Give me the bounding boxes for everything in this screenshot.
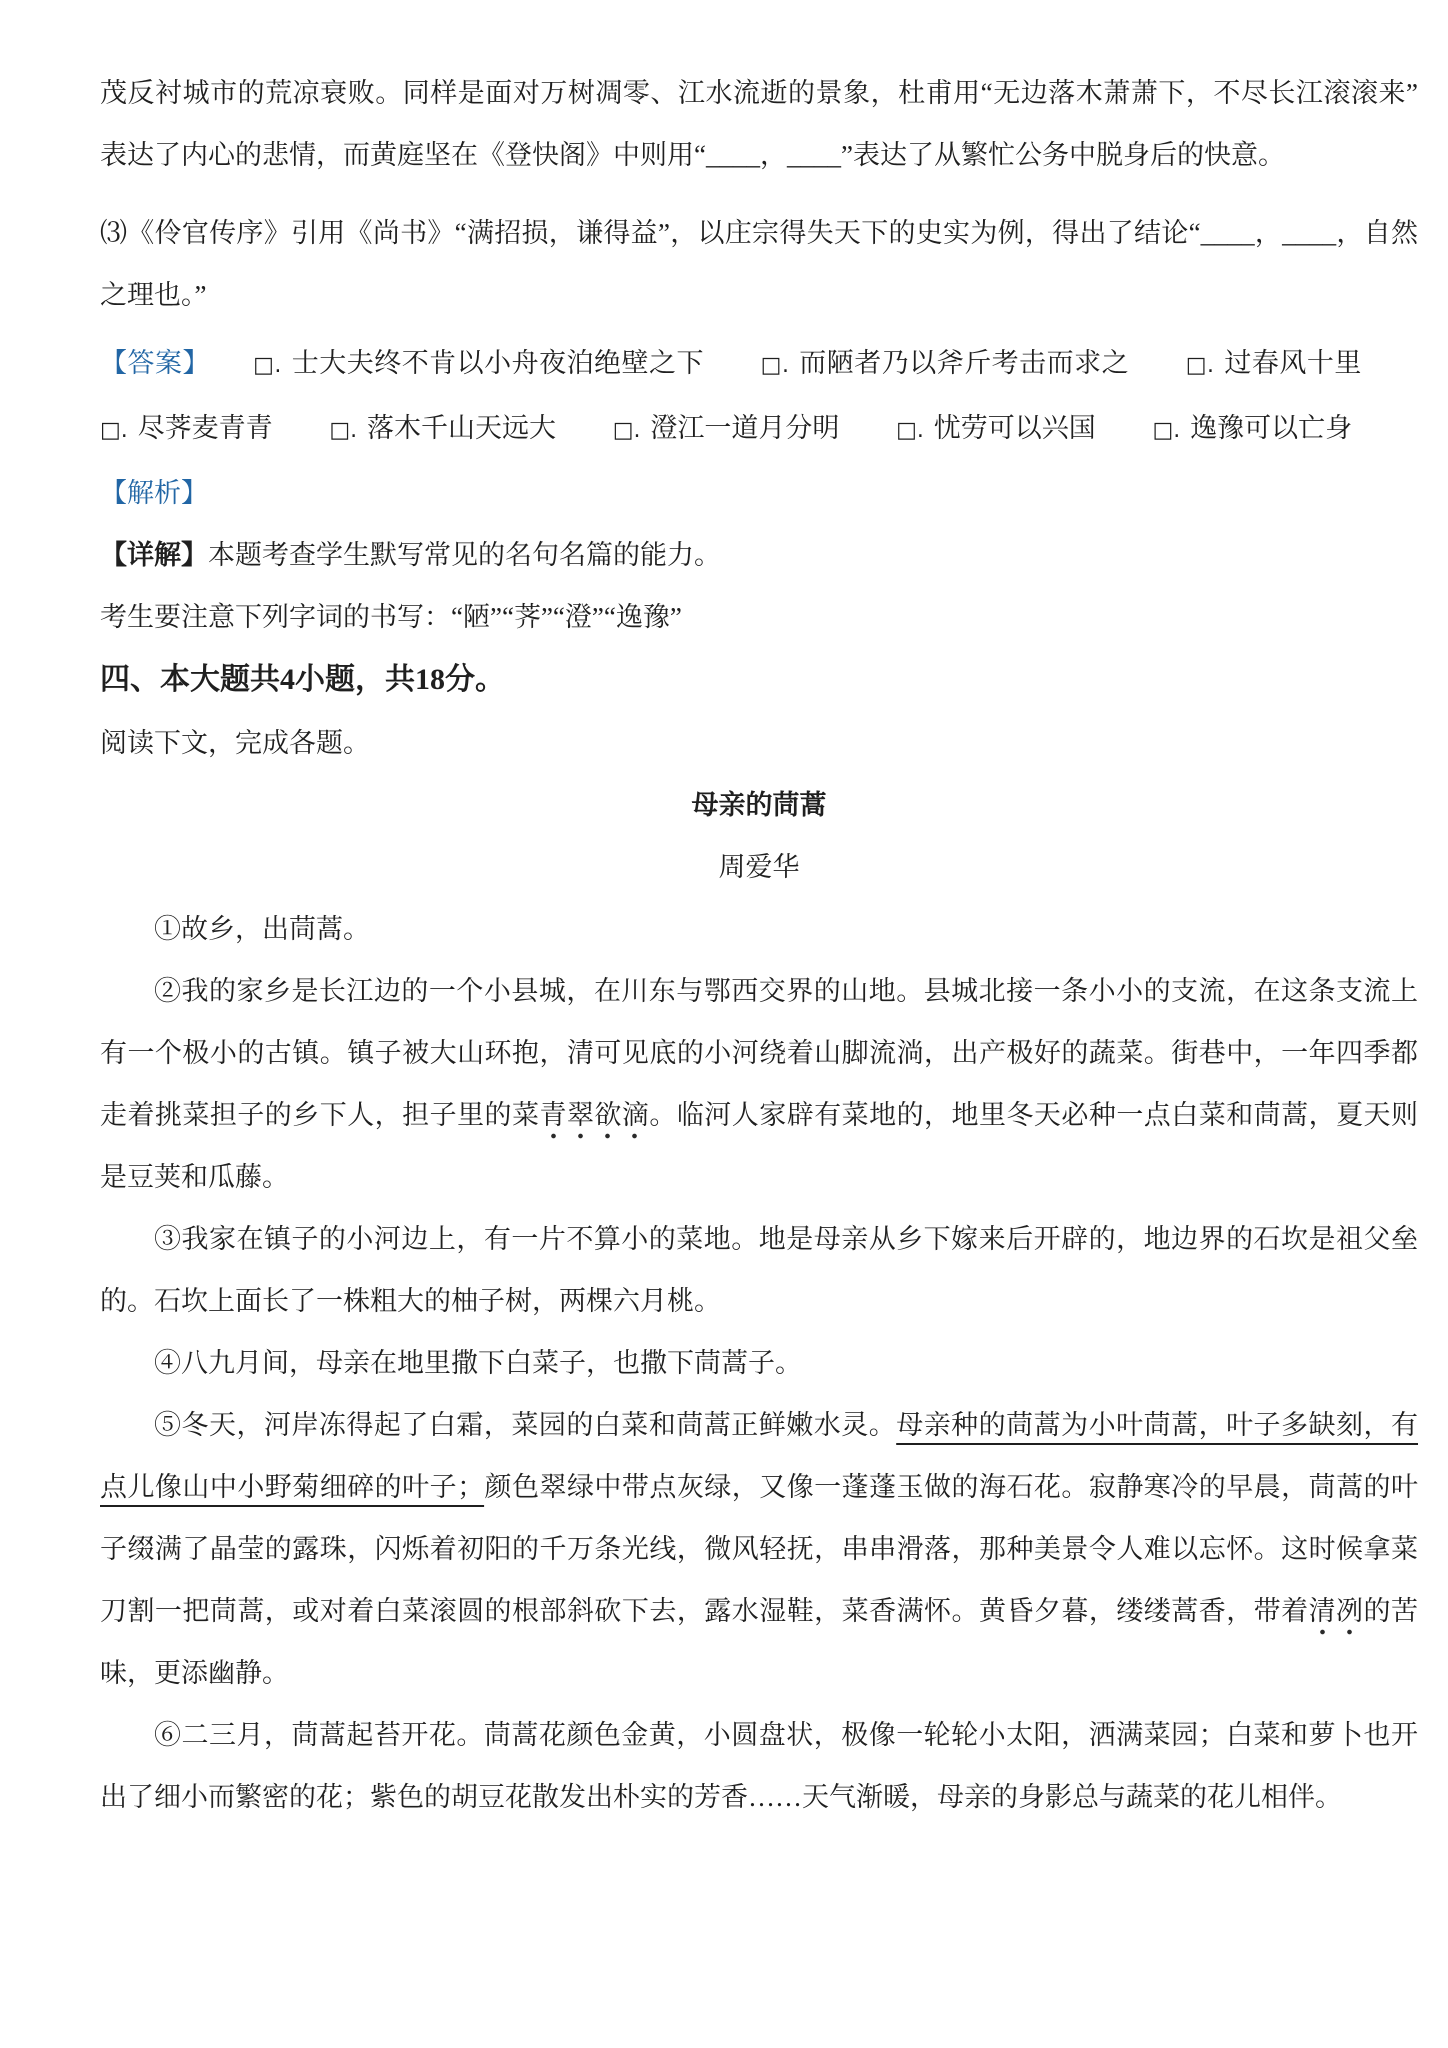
essay-paragraph-4: ④八九月间，母亲在地里撒下白菜子，也撒下茼蒿子。: [100, 1332, 1418, 1394]
analysis-label-row: 【解析】: [100, 462, 1418, 524]
missing-glyph-box-icon: □.: [329, 418, 357, 443]
essay-paragraph-2: ②我的家乡是长江边的一个小县城，在川东与鄂西交界的山地。县城北接一条小小的支流，…: [100, 960, 1418, 1208]
missing-glyph-box-icon: □.: [613, 418, 641, 443]
missing-glyph-box-icon: □.: [100, 418, 128, 443]
emphasis-dots-text: 青翠欲滴: [540, 1100, 650, 1140]
essay-paragraph-6: ⑥二三月，茼蒿起苔开花。茼蒿花颜色金黄，小圆盘状，极像一轮轮小太阳，洒满菜园；白…: [100, 1704, 1418, 1828]
question-3: ⑶《伶官传序》引用《尚书》“满招损，谦得益”，以庄宗得失天下的史实为例，得出了结…: [100, 202, 1418, 326]
detail-label: 【详解】: [100, 540, 208, 570]
answer-label: 【答案】: [100, 348, 210, 378]
exam-document-page: 茂反衬城市的荒凉衰败。同样是面对万树凋零、江水流逝的景象，杜甫用“无边落木萧萧下…: [0, 0, 1448, 2048]
answer-item-6: □.澄江一道月分明: [613, 413, 840, 443]
missing-glyph-box-icon: □.: [761, 353, 789, 378]
answer-item-7: □.忧劳可以兴国: [896, 413, 1096, 443]
answer-section: 【答案】□.士大夫终不肯以小舟夜泊绝壁之下□.而陋者乃以斧斤考击而求之□.过春风…: [100, 332, 1418, 462]
answer-item-4: □.尽荠麦青青: [100, 413, 273, 443]
answer-item-3: □.过春风十里: [1186, 348, 1362, 378]
answer-item-5: □.落木千山天远大: [329, 413, 556, 443]
answer-item-4-text: 尽荠麦青青: [138, 413, 273, 443]
answer-item-2-text: 而陋者乃以斧斤考击而求之: [799, 348, 1129, 378]
paragraph-5-text-a: ⑤冬天，河岸冻得起了白霜，菜园的白菜和茼蒿正鲜嫩水灵。: [154, 1410, 896, 1440]
missing-glyph-box-icon: □.: [896, 418, 924, 443]
missing-glyph-box-icon: □.: [1152, 418, 1180, 443]
answer-item-8-text: 逸豫可以亡身: [1190, 413, 1352, 443]
section-heading: 四、本大题共4小题，共18分。: [100, 648, 1418, 712]
answer-item-7-text: 忧劳可以兴国: [934, 413, 1096, 443]
detail-text: 本题考查学生默写常见的名句名篇的能力。: [208, 540, 721, 570]
detail-paragraph: 【详解】本题考查学生默写常见的名句名篇的能力。: [100, 524, 1418, 586]
note-paragraph: 考生要注意下列字词的书写：“陋”“荠”“澄”“逸豫”: [100, 586, 1418, 648]
answer-item-6-text: 澄江一道月分明: [650, 413, 839, 443]
essay-paragraph-5: ⑤冬天，河岸冻得起了白霜，菜园的白菜和茼蒿正鲜嫩水灵。母亲种的茼蒿为小叶茼蒿，叶…: [100, 1394, 1418, 1704]
missing-glyph-box-icon: □.: [1186, 353, 1214, 378]
missing-glyph-box-icon: □.: [253, 353, 281, 378]
analysis-label: 【解析】: [100, 478, 208, 508]
answer-item-2: □.而陋者乃以斧斤考击而求之: [761, 348, 1129, 378]
instruction-paragraph: 阅读下文，完成各题。: [100, 712, 1418, 774]
essay-title: 母亲的茼蒿: [100, 774, 1418, 836]
intro-paragraph: 茂反衬城市的荒凉衰败。同样是面对万树凋零、江水流逝的景象，杜甫用“无边落木萧萧下…: [100, 62, 1418, 186]
answer-item-1: □.士大夫终不肯以小舟夜泊绝壁之下: [253, 348, 704, 378]
answer-item-1-text: 士大夫终不肯以小舟夜泊绝壁之下: [291, 348, 704, 378]
emphasis-dots-text: 清冽: [1309, 1596, 1364, 1636]
essay-author: 周爱华: [100, 836, 1418, 898]
essay-paragraph-1: ①故乡，出茼蒿。: [100, 898, 1418, 960]
answer-item-3-text: 过春风十里: [1224, 348, 1361, 378]
answer-item-8: □.逸豫可以亡身: [1152, 413, 1352, 443]
essay-paragraph-3: ③我家在镇子的小河边上，有一片不算小的菜地。地是母亲从乡下嫁来后开辟的，地边界的…: [100, 1208, 1418, 1332]
answer-item-5-text: 落木千山天远大: [367, 413, 556, 443]
